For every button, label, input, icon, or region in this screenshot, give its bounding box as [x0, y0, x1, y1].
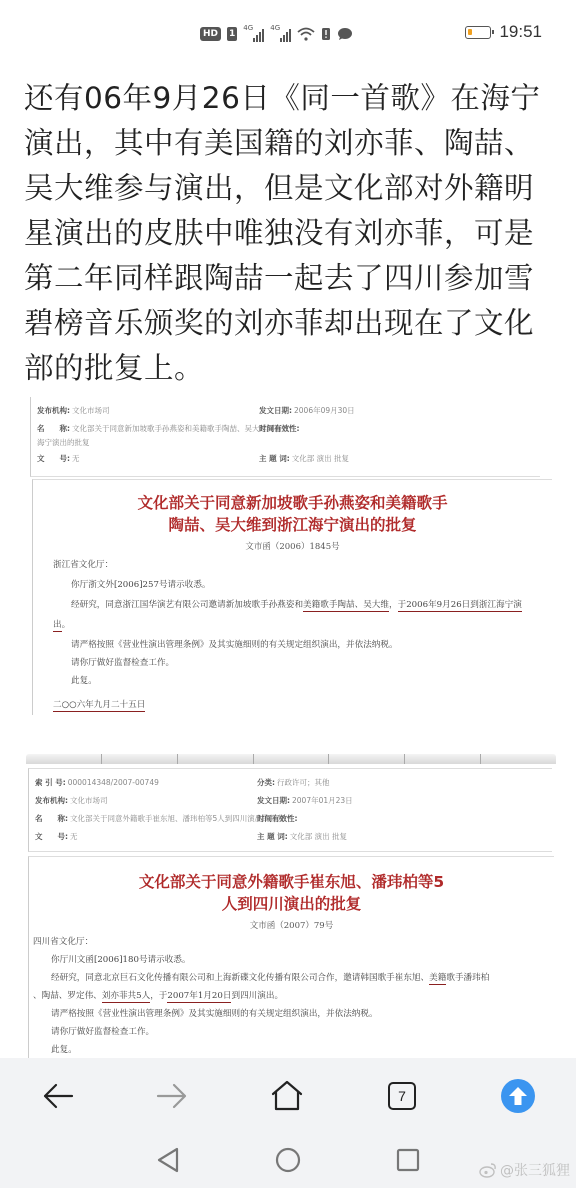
wifi-icon [297, 27, 315, 41]
doc2-addressee: 四川省文化厅： [33, 935, 93, 947]
circle-home-icon [274, 1146, 302, 1174]
doc1-meta: 发布机构:文化市场司 发文日期:2006年09月30日 名 称:文化部关于同意新… [30, 397, 540, 477]
alert-icon [321, 27, 331, 41]
message-icon [337, 27, 353, 41]
doc1-title-line2: 陶喆、吴大维到浙江海宁演出的批复 [33, 514, 552, 536]
arrow-right-icon [155, 1081, 189, 1111]
hd-voice-icon: HD [200, 27, 221, 41]
nav-home-button[interactable] [272, 1144, 304, 1176]
tabs-button[interactable]: 7 [380, 1074, 424, 1118]
home-button[interactable] [265, 1074, 309, 1118]
doc2-paragraph-2: 经研究，同意北京巨石文化传播有限公司和上海新碟文化传播有限公司合作，邀请韩国歌手… [51, 971, 489, 983]
article-text: 还有06年9月26日《同一首歌》在海宁演出，其中有美国籍的刘亦菲、陶喆、吴大维参… [24, 76, 556, 391]
nav-recents-button[interactable] [392, 1144, 424, 1176]
nav-back-button[interactable] [152, 1144, 184, 1176]
doc2-title-line2: 人到四川演出的批复 [29, 893, 554, 915]
home-icon [270, 1079, 304, 1113]
sim-icon: 1 [227, 27, 237, 41]
arrow-left-icon [41, 1081, 75, 1111]
battery-icon [465, 26, 491, 39]
doc1-number: 文市函（2006）1845号 [33, 540, 552, 552]
doc1-body: 文化部关于同意新加坡歌手孙燕姿和美籍歌手 陶喆、吴大维到浙江海宁演出的批复 文市… [32, 479, 552, 715]
doc1-title-line1: 文化部关于同意新加坡歌手孙燕姿和美籍歌手 [33, 492, 552, 514]
cell-signal-icon-2: 4G [270, 26, 291, 42]
document-image-1: 发布机构:文化市场司 发文日期:2006年09月30日 名 称:文化部关于同意新… [26, 395, 556, 715]
scroll-to-top-button[interactable] [496, 1074, 540, 1118]
doc2-body: 文化部关于同意外籍歌手崔东旭、潘玮柏等5 人到四川演出的批复 文市函（2007）… [28, 856, 554, 1058]
watermark-text: @张三狐狸 [500, 1160, 570, 1180]
doc1-paragraph-2: 经研究，同意浙江国华演艺有限公司邀请新加坡歌手孙燕姿和美籍歌手陶喆、吴大维，于2… [71, 598, 522, 610]
arrow-up-icon [508, 1085, 528, 1107]
doc1-date-sign: 二○○六年九月二十五日 [53, 700, 145, 712]
doc2-number: 文市函（2007）79号 [29, 919, 554, 931]
doc1-addressee: 浙江省文化厅： [53, 558, 113, 570]
tab-count-badge: 7 [388, 1082, 416, 1110]
document-image-2: 索 引 号:000014348/2007-00749 分类:行政许可；其他 发布… [26, 768, 556, 1058]
triangle-back-icon [156, 1146, 180, 1174]
doc2-tab-bar [26, 754, 556, 764]
cell-signal-icon: 4G [243, 26, 264, 42]
browser-toolbar: 7 [0, 1058, 576, 1132]
weibo-watermark: @张三狐狸 [479, 1160, 570, 1180]
back-button[interactable] [36, 1074, 80, 1118]
weibo-logo-icon [479, 1162, 497, 1178]
status-bar: HD 1 4G 4G 19:51 [0, 0, 576, 64]
doc2-title-line1: 文化部关于同意外籍歌手崔东旭、潘玮柏等5 [29, 871, 554, 893]
doc2-meta: 索 引 号:000014348/2007-00749 分类:行政许可；其他 发布… [28, 768, 552, 852]
forward-button[interactable] [150, 1074, 194, 1118]
clock: 19:51 [499, 22, 542, 42]
square-recents-icon [395, 1147, 421, 1173]
